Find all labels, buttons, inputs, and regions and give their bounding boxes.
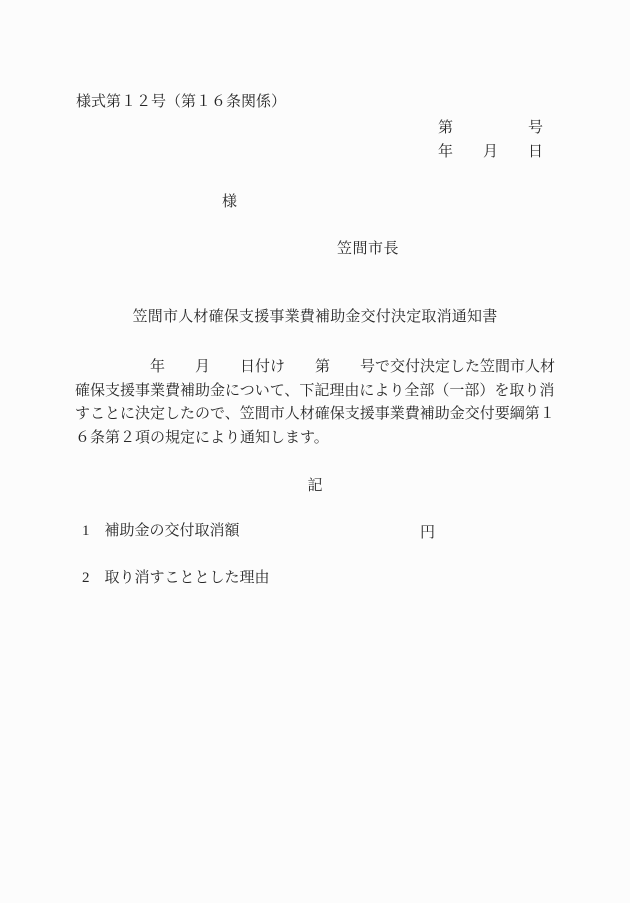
body-line: ６条第２項の規定により通知します。 xyxy=(75,427,565,451)
body-line: 確保支援事業費補助金について、下記理由により全部（一部）を取り消 xyxy=(75,380,565,404)
addressee-suffix: 様 xyxy=(222,195,237,210)
yen-unit-label: 円 xyxy=(420,526,435,541)
document-page: 様式第１２号（第１６条関係） 第 号 年 月 日 様 笠間市長 笠間市人材確保支… xyxy=(0,0,630,903)
document-number-blank: 第 号 xyxy=(438,121,543,136)
body-line: すことに決定したので、笠間市人材確保支援事業費補助金交付要綱第１ xyxy=(75,403,565,427)
body-line: 年 月 日付け 第 号で交付決定した笠間市人材 xyxy=(75,356,565,380)
sender-name: 笠間市長 xyxy=(337,242,399,257)
date-blank: 年 月 日 xyxy=(438,145,543,160)
ki-marker: 記 xyxy=(0,479,630,494)
list-item-cancellation-reason: 2 取り消すこととした理由 xyxy=(82,571,270,586)
list-item-cancellation-amount: 1 補助金の交付取消額 xyxy=(82,524,240,539)
document-title: 笠間市人材確保支援事業費補助金交付決定取消通知書 xyxy=(0,310,630,325)
form-number-label: 様式第１２号（第１６条関係） xyxy=(76,95,286,110)
body-paragraph: 年 月 日付け 第 号で交付決定した笠間市人材 確保支援事業費補助金について、下… xyxy=(75,356,565,450)
